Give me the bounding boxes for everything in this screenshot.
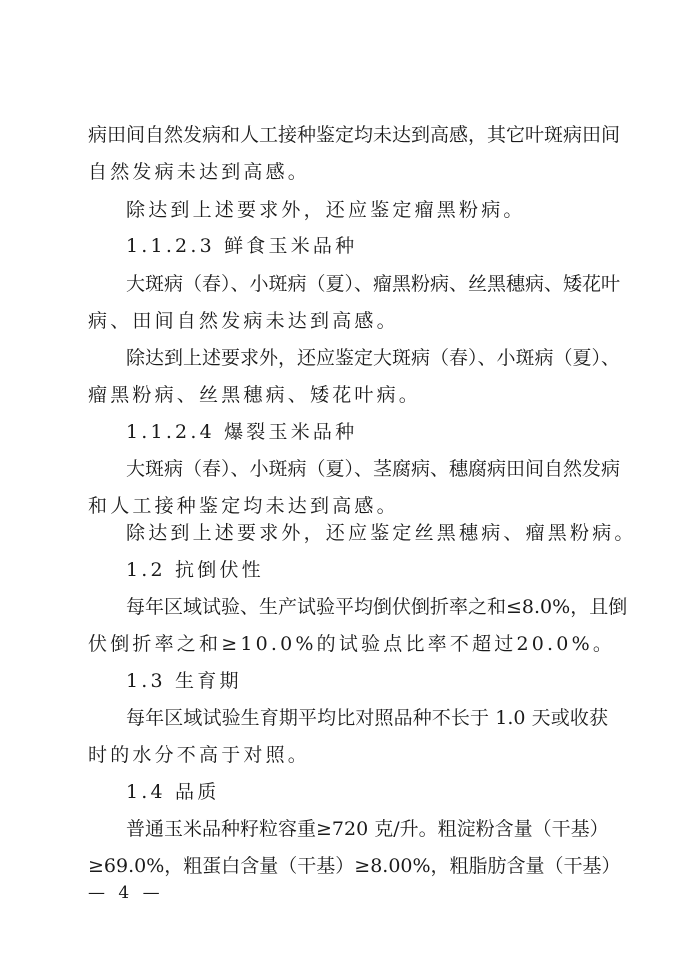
text-line: 大斑病（春）、小斑病（夏）、茎腐病、穗腐病田间自然发病: [126, 457, 608, 481]
text-line: 伏倒折率之和≥10.0%的试验点比率不超过20.0%。: [88, 632, 608, 656]
text-line: 除达到上述要求外，还应鉴定瘤黑粉病。: [126, 198, 646, 222]
text-line: 1.1.2.3 鲜食玉米品种: [126, 234, 646, 258]
text-line: 和人工接种鉴定均未达到高感。: [88, 494, 608, 518]
text-line: 1.2 抗倒伏性: [126, 558, 646, 582]
text-line: 瘤黑粉病、丝黑穗病、矮花叶病。: [88, 383, 608, 407]
text-line: 1.3 生育期: [126, 669, 646, 693]
text-line: 时的水分不高于对照。: [88, 743, 608, 767]
text-line: 除达到上述要求外，还应鉴定大斑病（春）、小斑病（夏）、: [126, 346, 608, 370]
text-line: 普通玉米品种籽粒容重≥720 克/升。粗淀粉含量（干基）: [126, 817, 608, 841]
text-line: 每年区域试验、生产试验平均倒伏倒折率之和≤8.0%，且倒: [126, 595, 608, 619]
text-line: 1.4 品质: [126, 780, 646, 804]
text-line: 除达到上述要求外，还应鉴定丝黑穗病、瘤黑粉病。: [126, 521, 646, 545]
page-number: — 4 —: [88, 882, 164, 904]
text-line: 每年区域试验生育期平均比对照品种不长于 1.0 天或收获: [126, 706, 608, 730]
text-line: 病、田间自然发病未达到高感。: [88, 309, 608, 333]
text-line: ≥69.0%，粗蛋白含量（干基）≥8.00%，粗脂肪含量（干基）: [88, 854, 608, 878]
text-line: 大斑病（春）、小斑病（夏）、瘤黑粉病、丝黑穗病、矮花叶: [126, 272, 608, 296]
text-line: 病田间自然发病和人工接种鉴定均未达到高感，其它叶斑病田间: [88, 123, 608, 147]
text-line: 自然发病未达到高感。: [88, 160, 608, 184]
text-line: 1.1.2.4 爆裂玉米品种: [126, 420, 646, 444]
document-page: 病田间自然发病和人工接种鉴定均未达到高感，其它叶斑病田间自然发病未达到高感。除达…: [0, 0, 690, 975]
